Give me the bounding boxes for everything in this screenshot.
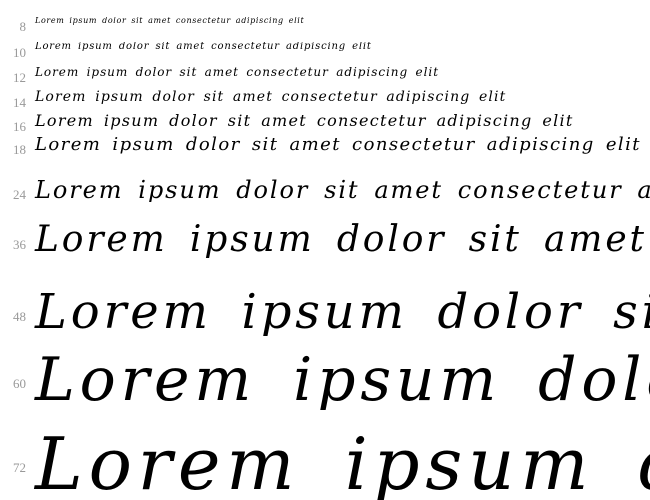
font-size-label: 8 (0, 20, 26, 33)
waterfall-row-36: 36Lorem ipsum dolor sit amet consectetur… (0, 222, 650, 258)
waterfall-row-16: 16Lorem ipsum dolor sit amet consectetur… (0, 113, 650, 133)
font-size-label: 48 (0, 310, 26, 323)
lorem-ipsum-sample: Lorem ipsum dolor sit amet consectetur a… (35, 113, 574, 129)
waterfall-row-8: 8Lorem ipsum dolor sit amet consectetur … (0, 17, 650, 33)
waterfall-row-18: 18Lorem ipsum dolor sit amet consectetur… (0, 136, 650, 156)
lorem-ipsum-sample: Lorem ipsum dolor sit amet consectetur a… (35, 66, 439, 78)
waterfall-row-24: 24Lorem ipsum dolor sit amet consectetur… (0, 178, 650, 202)
waterfall-row-60: 60Lorem ipsum dolor sit amet consectetur… (0, 350, 650, 410)
font-waterfall-preview: 8Lorem ipsum dolor sit amet consectetur … (0, 0, 650, 500)
waterfall-row-12: 12Lorem ipsum dolor sit amet consectetur… (0, 66, 650, 84)
font-size-label: 36 (0, 238, 26, 251)
lorem-ipsum-sample: Lorem ipsum dolor sit amet consectetur a… (35, 42, 372, 52)
font-size-label: 12 (0, 71, 26, 84)
lorem-ipsum-sample: Lorem ipsum dolor sit amet consectetur a… (35, 222, 650, 258)
font-size-label: 16 (0, 120, 26, 133)
waterfall-row-48: 48Lorem ipsum dolor sit amet consectetur… (0, 288, 650, 336)
font-size-label: 10 (0, 46, 26, 59)
waterfall-row-10: 10Lorem ipsum dolor sit amet consectetur… (0, 42, 650, 59)
waterfall-row-72: 72Lorem ipsum dolor sit amet consectetur… (0, 428, 650, 500)
lorem-ipsum-sample: Lorem ipsum dolor sit amet consectetur a… (35, 136, 641, 154)
font-size-label: 60 (0, 377, 26, 390)
lorem-ipsum-sample: Lorem ipsum dolor sit amet consectetur a… (35, 288, 650, 336)
font-size-label: 24 (0, 188, 26, 201)
lorem-ipsum-sample: Lorem ipsum dolor sit amet consectetur a… (35, 178, 650, 202)
lorem-ipsum-sample: Lorem ipsum dolor sit amet consectetur a… (35, 17, 304, 25)
font-size-label: 18 (0, 143, 26, 156)
font-size-label: 72 (0, 461, 26, 474)
font-size-label: 14 (0, 96, 26, 109)
lorem-ipsum-sample: Lorem ipsum dolor sit amet consectetur a… (35, 428, 650, 500)
lorem-ipsum-sample: Lorem ipsum dolor sit amet consectetur a… (35, 90, 506, 104)
waterfall-row-14: 14Lorem ipsum dolor sit amet consectetur… (0, 90, 650, 109)
lorem-ipsum-sample: Lorem ipsum dolor sit amet consectetur a… (35, 350, 650, 410)
